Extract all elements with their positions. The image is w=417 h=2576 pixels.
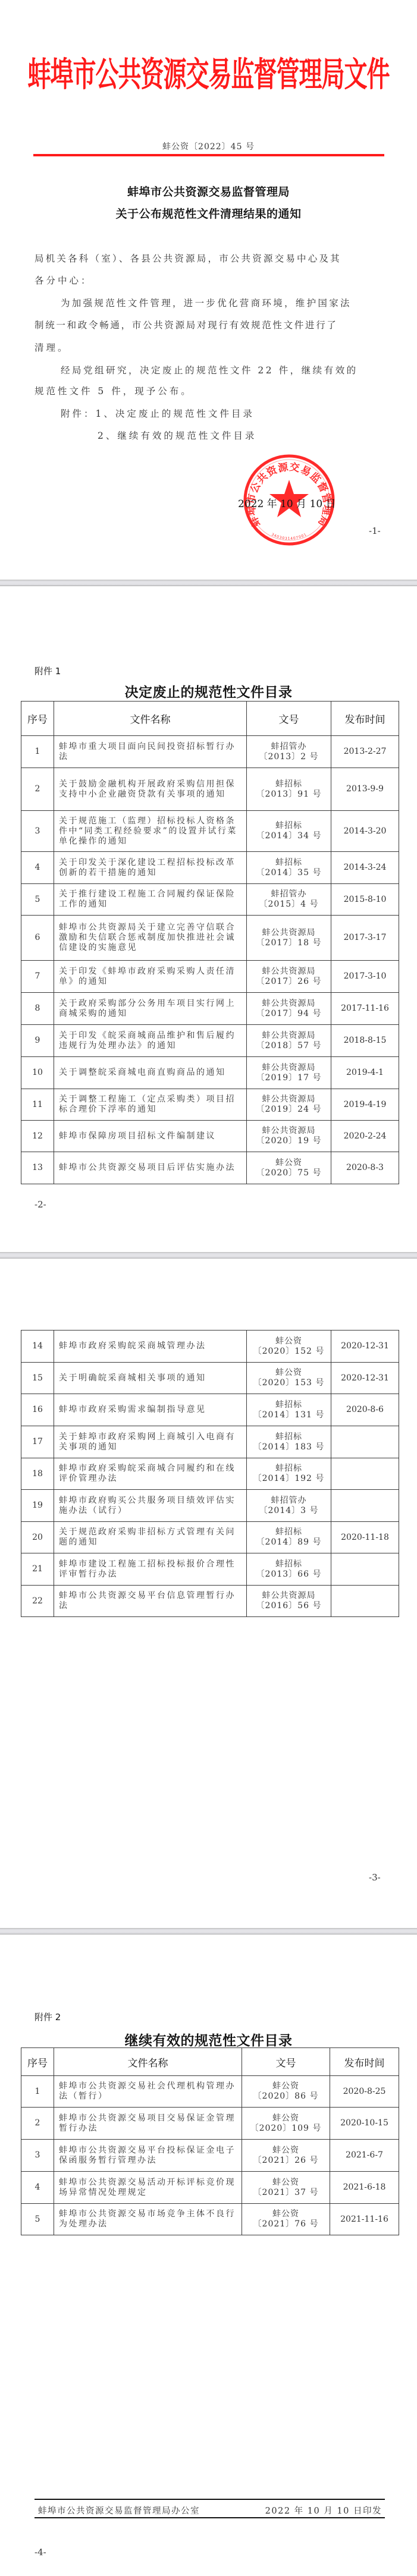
attachment-list-item-2: 2、继续有效的规范性文件目录 (98, 430, 417, 442)
document-number: 蚌招管办〔2013〕2 号 (247, 736, 331, 768)
page-divider (0, 1928, 417, 1935)
publish-date: 2017-3-10 (331, 961, 399, 993)
table-row: 10关于调整皖采商城电商直购商品的通知蚌公共资源局〔2019〕17 号2019-… (21, 1057, 399, 1089)
serial-number: 〔2013〕66 号 (247, 1569, 331, 1580)
document-number: 蚌公共资源局〔2017〕94 号 (247, 993, 331, 1025)
document-name: 蚌埠市政府采购皖采商城合同履约和在线评价管理办法 (54, 1458, 247, 1490)
notice-title-line-2: 关于公布规范性文件清理结果的通知 (0, 205, 417, 221)
serial-number: 〔2014〕183 号 (247, 1442, 331, 1452)
issuer-abbrev: 蚌公共资源局 (247, 1094, 331, 1105)
document-number: 蚌公资〔2021〕26 号 (242, 2140, 330, 2172)
column-header-name: 文件名称 (54, 2048, 242, 2076)
attachment-2-label: 附件 2 (35, 2011, 61, 2023)
page-divider (0, 1252, 417, 1259)
document-name: 蚌埠市公共资源交易平台信息管理暂行办法 (54, 1586, 247, 1617)
issuer-abbrev: 蚌公共资源局 (247, 999, 331, 1009)
table-row: 18蚌埠市政府采购皖采商城合同履约和在线评价管理办法蚌招标〔2014〕192 号 (21, 1458, 399, 1490)
document-number: 蚌公共资源局〔2017〕26 号 (247, 961, 331, 993)
page-number: -1- (369, 526, 381, 536)
serial-number: 〔2020〕152 号 (247, 1347, 331, 1357)
document-name: 关于印发《蚌埠市政府采购采购人责任清单》的通知 (54, 961, 247, 993)
issuer-abbrev: 蚌公共资源局 (247, 928, 331, 938)
publish-date: 2020-8-25 (330, 2076, 399, 2108)
document-number: 蚌公资〔2020〕109 号 (242, 2108, 330, 2140)
table-row: 5关于推行建设工程施工合同履约保证保险工作的通知蚌招管办〔2015〕4 号201… (21, 884, 399, 916)
table-row: 3关于规范施工（监理）招标投标人资格条件中“同类工程经验要求”的设置并试行菜单化… (21, 811, 399, 852)
document-number: 蚌公共资源局〔2019〕17 号 (247, 1057, 331, 1089)
publish-date: 2020-11-18 (331, 1522, 399, 1553)
publish-date: 2020-12-31 (331, 1331, 399, 1363)
issue-date: 2022 年 10 月 10 日印发 (265, 2504, 382, 2517)
row-number: 2 (21, 2108, 54, 2140)
serial-number: 〔2014〕3 号 (247, 1506, 331, 1516)
issuer-abbrev: 蚌招标 (247, 1464, 331, 1474)
table-row: 2关于鼓励金融机构开展政府采购信用担保支持中小企业融资贷款有关事项的通知蚌招标〔… (21, 768, 399, 811)
attachment-list-item-1: 附件：1、决定废止的规范性文件目录 (61, 408, 412, 420)
document-number: 蚌公资〔2020〕86 号 (242, 2076, 330, 2108)
document-number: 蚌公共资源局〔2017〕18 号 (247, 916, 331, 961)
publish-date: 2019-4-19 (331, 1089, 399, 1121)
document-number: 蚌公共资源局〔2018〕57 号 (247, 1025, 331, 1057)
publish-date: 2020-10-15 (330, 2108, 399, 2140)
document-name: 蚌埠市保障房项目招标文件编制建议 (54, 1121, 247, 1152)
table-row: 19蚌埠市政府购买公共服务项目绩效评估实施办法（试行）蚌招管办〔2014〕3 号 (21, 1490, 399, 1522)
issuer-abbrev: 蚌公资 (247, 1158, 331, 1168)
publish-date: 2017-3-17 (331, 916, 399, 961)
footer-top-rule (35, 2499, 385, 2500)
publish-date: 2015-8-10 (331, 884, 399, 916)
document-name: 关于规范政府采购非招标方式管理有关问题的通知 (54, 1522, 247, 1553)
issuer-abbrev: 蚌招标 (247, 821, 331, 831)
document-number: 蚌招标〔2013〕66 号 (247, 1553, 331, 1586)
row-number: 14 (21, 1331, 54, 1363)
publish-date: 2019-4-1 (331, 1057, 399, 1089)
masthead-title: 蚌埠市公共资源交易监督管理局文件 (0, 56, 417, 95)
page-2: 附件 1 决定废止的规范性文件目录 序号 文件名称 文号 发布时间 1蚌埠市重大… (0, 586, 417, 1252)
attachment-1-label: 附件 1 (35, 665, 61, 677)
row-number: 18 (21, 1458, 54, 1490)
document-name: 关于推行建设工程施工合同履约保证保险工作的通知 (54, 884, 247, 916)
paragraph-1-line-2: 制统一和政令畅通，市公共资源局对现行有效规范性文件进行了 (35, 319, 385, 331)
column-header-docno: 文号 (247, 702, 331, 736)
publish-date: 2021-6-18 (330, 2172, 399, 2204)
table-row: 21蚌埠市建设工程施工招标投标报价合理性评审暂行办法蚌招标〔2013〕66 号 (21, 1553, 399, 1586)
serial-number: 〔2021〕37 号 (242, 2188, 330, 2198)
table-row: 1蚌埠市公共资源交易社会代理机构管理办法（暂行）蚌公资〔2020〕86 号202… (21, 2076, 399, 2108)
serial-number: 〔2014〕89 号 (247, 1537, 331, 1548)
serial-number: 〔2021〕76 号 (242, 2219, 330, 2229)
document-name: 关于调整皖采商城电商直购商品的通知 (54, 1057, 247, 1089)
issuer-abbrev: 蚌公资 (242, 2209, 330, 2219)
publish-date (331, 1426, 399, 1458)
document-name: 关于印发关于深化建设工程招标投标改革创新的若干措施的通知 (54, 852, 247, 884)
table-row: 17关于蚌埠市政府采购网上商城引入电商有关事项的通知蚌招标〔2014〕183 号 (21, 1426, 399, 1458)
document-number: 蚌公共资源局〔2019〕24 号 (247, 1089, 331, 1121)
issuer-abbrev: 蚌招标 (247, 779, 331, 790)
issuer-abbrev: 蚌招标 (247, 858, 331, 868)
page-number: -4- (35, 2547, 46, 2558)
publish-date: 2020-8-6 (331, 1394, 399, 1426)
table-row: 5蚌埠市公共资源交易市场竞争主体不良行为处理办法蚌公资〔2021〕76 号202… (21, 2204, 399, 2235)
document-name: 蚌埠市公共资源局关于建立完善守信联合激励和失信联合惩戒制度加快推进社会诚信建设的… (54, 916, 247, 961)
publish-date: 2013-9-9 (331, 768, 399, 811)
page-3: 14蚌埠市政府采购皖采商城管理办法蚌公资〔2020〕152 号2020-12-3… (0, 1259, 417, 1928)
row-number: 3 (21, 2140, 54, 2172)
document-number: 蚌公资〔2020〕75 号 (247, 1152, 331, 1184)
document-name: 关于调整工程施工（定点采购类）项目招标合理价下浮率的通知 (54, 1089, 247, 1121)
issuance-footer: 蚌埠市公共资源交易监督管理局办公室 2022 年 10 月 10 日印发 (38, 2504, 382, 2517)
serial-number: 〔2017〕94 号 (247, 1009, 331, 1019)
row-number: 11 (21, 1089, 54, 1121)
document-number: 蚌招标〔2014〕34 号 (247, 811, 331, 852)
footer-bottom-rule (35, 2517, 385, 2518)
row-number: 3 (21, 811, 54, 852)
table-row: 13蚌埠市公共资源交易项目后评估实施办法蚌公资〔2020〕75 号2020-8-… (21, 1152, 399, 1184)
table-row: 8关于政府采购部分公务用车项目实行网上商城采购的通知蚌公共资源局〔2017〕94… (21, 993, 399, 1025)
issuer-abbrev: 蚌公共资源局 (247, 967, 331, 977)
row-number: 1 (21, 736, 54, 768)
document-number: 蚌招管办〔2014〕3 号 (247, 1490, 331, 1522)
publish-date: 2020-8-3 (331, 1152, 399, 1184)
document-name: 关于蚌埠市政府采购网上商城引入电商有关事项的通知 (54, 1426, 247, 1458)
issuer-abbrev: 蚌公共资源局 (247, 1031, 331, 1041)
serial-number: 〔2020〕109 号 (242, 2124, 330, 2134)
document-number: 蚌公共资源局〔2020〕19 号 (247, 1121, 331, 1152)
page-1: 蚌埠市公共资源交易监督管理局文件 蚌公资〔2022〕45 号 蚌埠市公共资源交易… (0, 0, 417, 580)
row-number: 7 (21, 961, 54, 993)
document-name: 蚌埠市政府购买公共服务项目绩效评估实施办法（试行） (54, 1490, 247, 1522)
issuer-abbrev: 蚌公资 (242, 2178, 330, 2188)
issuer-abbrev: 蚌公共资源局 (247, 1591, 331, 1601)
publish-date: 2017-11-16 (331, 993, 399, 1025)
row-number: 4 (21, 852, 54, 884)
table-row: 20关于规范政府采购非招标方式管理有关问题的通知蚌招标〔2014〕89 号202… (21, 1522, 399, 1553)
row-number: 6 (21, 916, 54, 961)
serial-number: 〔2015〕4 号 (247, 899, 331, 910)
serial-number: 〔2014〕192 号 (247, 1474, 331, 1484)
table-row: 22蚌埠市公共资源交易平台信息管理暂行办法蚌公共资源局〔2016〕56 号 (21, 1586, 399, 1617)
table-row: 2蚌埠市公共资源交易项目交易保证金管理暂行办法蚌公资〔2020〕109 号202… (21, 2108, 399, 2140)
serial-number: 〔2021〕26 号 (242, 2156, 330, 2166)
abolished-documents-table-continued: 14蚌埠市政府采购皖采商城管理办法蚌公资〔2020〕152 号2020-12-3… (21, 1330, 399, 1617)
publish-date: 2014-3-24 (331, 852, 399, 884)
valid-documents-table: 序号 文件名称 文号 发布时间 1蚌埠市公共资源交易社会代理机构管理办法（暂行）… (21, 2047, 399, 2235)
abolished-documents-table: 序号 文件名称 文号 发布时间 1蚌埠市重大项目面向民间投资招标暂行办法蚌招管办… (21, 701, 399, 1184)
row-number: 5 (21, 884, 54, 916)
paragraph-2-line-1: 经局党组研究，决定废止的规范性文件 22 件，继续有效的 (61, 364, 412, 376)
publish-date: 2020-12-31 (331, 1363, 399, 1394)
serial-number: 〔2019〕17 号 (247, 1073, 331, 1083)
table-row: 9关于印发《皖采商城商品维护和售后履约违规行为处理办法》的通知蚌公共资源局〔20… (21, 1025, 399, 1057)
salutation-line-2: 各分中心： (35, 275, 385, 287)
document-number: 蚌招标〔2014〕35 号 (247, 852, 331, 884)
publish-date: 2014-3-20 (331, 811, 399, 852)
serial-number: 〔2016〕56 号 (247, 1601, 331, 1611)
issuer-abbrev: 蚌公资 (247, 1336, 331, 1347)
issuer-abbrev: 蚌公资 (242, 2113, 330, 2124)
page-number: -3- (369, 1872, 381, 1883)
document-number: 蚌公资〔2021〕76 号 (242, 2204, 330, 2235)
column-header-date: 发布时间 (330, 2048, 399, 2076)
document-number: 蚌公资〔2020〕152 号 (247, 1331, 331, 1363)
document-name: 蚌埠市公共资源交易活动开标评标竞价现场异常情况处理规定 (54, 2172, 242, 2204)
issuer-abbrev: 蚌招管办 (247, 1496, 331, 1506)
row-number: 16 (21, 1394, 54, 1426)
masthead-red-rule (33, 154, 384, 156)
table-row: 4蚌埠市公共资源交易活动开标评标竞价现场异常情况处理规定蚌公资〔2021〕37 … (21, 2172, 399, 2204)
document-number: 蚌招标〔2014〕192 号 (247, 1458, 331, 1490)
column-header-no: 序号 (21, 2048, 54, 2076)
column-header-docno: 文号 (242, 2048, 330, 2076)
publish-date: 2021-11-16 (330, 2204, 399, 2235)
document-name: 关于明确皖采商城相关事项的通知 (54, 1363, 247, 1394)
publish-date (331, 1458, 399, 1490)
row-number: 4 (21, 2172, 54, 2204)
row-number: 1 (21, 2076, 54, 2108)
row-number: 15 (21, 1363, 54, 1394)
table-row: 7关于印发《蚌埠市政府采购采购人责任清单》的通知蚌公共资源局〔2017〕26 号… (21, 961, 399, 993)
document-number: 蚌公资〔2021〕37 号 (242, 2172, 330, 2204)
publish-date: 2021-6-7 (330, 2140, 399, 2172)
issuer-abbrev: 蚌公资 (247, 1368, 331, 1378)
serial-number: 〔2014〕34 号 (247, 831, 331, 841)
serial-number: 〔2020〕153 号 (247, 1378, 331, 1388)
issuer-name: 蚌埠市公共资源交易监督管理局办公室 (38, 2504, 200, 2517)
row-number: 20 (21, 1522, 54, 1553)
page-4: 附件 2 继续有效的规范性文件目录 序号 文件名称 文号 发布时间 1蚌埠市公共… (0, 1935, 417, 2576)
document-name: 关于鼓励金融机构开展政府采购信用担保支持中小企业融资贷款有关事项的通知 (54, 768, 247, 811)
row-number: 22 (21, 1586, 54, 1617)
row-number: 10 (21, 1057, 54, 1089)
publish-date (331, 1553, 399, 1586)
page-number: -2- (35, 1199, 46, 1210)
document-name: 蚌埠市重大项目面向民间投资招标暂行办法 (54, 736, 247, 768)
serial-number: 〔2017〕26 号 (247, 977, 331, 987)
serial-number: 〔2013〕91 号 (247, 790, 331, 800)
svg-text:3403031407001: 3403031407001 (271, 533, 308, 541)
serial-number: 〔2017〕18 号 (247, 938, 331, 948)
issuer-abbrev: 蚌招管办 (247, 742, 331, 752)
table-row: 12蚌埠市保障房项目招标文件编制建议蚌公共资源局〔2020〕19 号2020-2… (21, 1121, 399, 1152)
table-row: 15关于明确皖采商城相关事项的通知蚌公资〔2020〕153 号2020-12-3… (21, 1363, 399, 1394)
row-number: 12 (21, 1121, 54, 1152)
row-number: 9 (21, 1025, 54, 1057)
publish-date: 2018-8-15 (331, 1025, 399, 1057)
serial-number: 〔2018〕57 号 (247, 1041, 331, 1051)
serial-number: 〔2020〕19 号 (247, 1136, 331, 1146)
page-divider (0, 580, 417, 586)
attachment-2-title: 继续有效的规范性文件目录 (0, 2030, 417, 2049)
document-number: 蚌招标〔2014〕183 号 (247, 1426, 331, 1458)
document-name: 蚌埠市政府采购皖采商城管理办法 (54, 1331, 247, 1363)
document-name: 蚌埠市建设工程施工招标投标报价合理性评审暂行办法 (54, 1553, 247, 1586)
row-number: 21 (21, 1553, 54, 1586)
row-number: 8 (21, 993, 54, 1025)
signing-date: 2022 年 10 月 10 日 (238, 495, 336, 510)
table-row: 4关于印发关于深化建设工程招标投标改革创新的若干措施的通知蚌招标〔2014〕35… (21, 852, 399, 884)
issuer-abbrev: 蚌公共资源局 (247, 1126, 331, 1136)
document-number: 蚌招管办〔2015〕4 号 (247, 884, 331, 916)
issuer-abbrev: 蚌招标 (247, 1400, 331, 1410)
document-name: 蚌埠市公共资源交易平台投标保证金电子保函服务暂行管理办法 (54, 2140, 242, 2172)
issuer-abbrev: 蚌公共资源局 (247, 1063, 331, 1073)
table-row: 16蚌埠市政府采购需求编制指导意见蚌招标〔2014〕131 号2020-8-6 (21, 1394, 399, 1426)
publish-date: 2013-2-27 (331, 736, 399, 768)
attachment-1-title: 决定废止的规范性文件目录 (0, 681, 417, 701)
row-number: 5 (21, 2204, 54, 2235)
document-name: 关于规范施工（监理）招标投标人资格条件中“同类工程经验要求”的设置并试行菜单化操… (54, 811, 247, 852)
issuer-abbrev: 蚌公资 (242, 2081, 330, 2091)
row-number: 2 (21, 768, 54, 811)
issuer-abbrev: 蚌招标 (247, 1432, 331, 1442)
publish-date: 2020-2-24 (331, 1121, 399, 1152)
document-name: 蚌埠市政府采购需求编制指导意见 (54, 1394, 247, 1426)
issuer-abbrev: 蚌招标 (247, 1559, 331, 1569)
column-header-date: 发布时间 (331, 702, 399, 736)
paragraph-2-line-2: 规范性文件 5 件，现予公布。 (35, 385, 385, 397)
column-header-name: 文件名称 (54, 702, 247, 736)
serial-number: 〔2019〕24 号 (247, 1105, 331, 1115)
serial-number: 〔2013〕2 号 (247, 752, 331, 762)
table-row: 1蚌埠市重大项目面向民间投资招标暂行办法蚌招管办〔2013〕2 号2013-2-… (21, 736, 399, 768)
document-number: 蚌招标〔2014〕89 号 (247, 1522, 331, 1553)
serial-number: 〔2014〕131 号 (247, 1410, 331, 1420)
serial-number: 〔2020〕75 号 (247, 1168, 331, 1178)
document-number: 蚌公资〔2022〕45 号 (0, 140, 417, 152)
document-name: 蚌埠市公共资源交易项目后评估实施办法 (54, 1152, 247, 1184)
document-number: 蚌公共资源局〔2016〕56 号 (247, 1586, 331, 1617)
issuer-abbrev: 蚌招管办 (247, 889, 331, 899)
table-row: 3蚌埠市公共资源交易平台投标保证金电子保函服务暂行管理办法蚌公资〔2021〕26… (21, 2140, 399, 2172)
table-row: 11关于调整工程施工（定点采购类）项目招标合理价下浮率的通知蚌公共资源局〔201… (21, 1089, 399, 1121)
document-name: 关于印发《皖采商城商品维护和售后履约违规行为处理办法》的通知 (54, 1025, 247, 1057)
row-number: 13 (21, 1152, 54, 1184)
document-name: 蚌埠市公共资源交易项目交易保证金管理暂行办法 (54, 2108, 242, 2140)
publish-date (331, 1490, 399, 1522)
serial-number: 〔2014〕35 号 (247, 868, 331, 878)
document-name: 蚌埠市公共资源交易市场竞争主体不良行为处理办法 (54, 2204, 242, 2235)
serial-number: 〔2020〕86 号 (242, 2091, 330, 2102)
row-number: 17 (21, 1426, 54, 1458)
issuer-abbrev: 蚌公资 (242, 2146, 330, 2156)
paragraph-1-line-3: 清理。 (35, 342, 385, 354)
row-number: 19 (21, 1490, 54, 1522)
publish-date (331, 1586, 399, 1617)
column-header-no: 序号 (21, 702, 54, 736)
document-name: 关于政府采购部分公务用车项目实行网上商城采购的通知 (54, 993, 247, 1025)
table-row: 14蚌埠市政府采购皖采商城管理办法蚌公资〔2020〕152 号2020-12-3… (21, 1331, 399, 1363)
paragraph-1-line-1: 为加强规范性文件管理，进一步优化营商环境，维护国家法 (61, 297, 412, 309)
document-name: 蚌埠市公共资源交易社会代理机构管理办法（暂行） (54, 2076, 242, 2108)
document-number: 蚌招标〔2013〕91 号 (247, 768, 331, 811)
document-number: 蚌招标〔2014〕131 号 (247, 1394, 331, 1426)
document-number: 蚌公资〔2020〕153 号 (247, 1363, 331, 1394)
notice-title-line-1: 蚌埠市公共资源交易监督管理局 (0, 183, 417, 199)
issuer-abbrev: 蚌招标 (247, 1527, 331, 1537)
salutation-line-1: 局机关各科（室）、各县公共资源局，市公共资源交易中心及其 (35, 253, 385, 265)
table-row: 6蚌埠市公共资源局关于建立完善守信联合激励和失信联合惩戒制度加快推进社会诚信建设… (21, 916, 399, 961)
